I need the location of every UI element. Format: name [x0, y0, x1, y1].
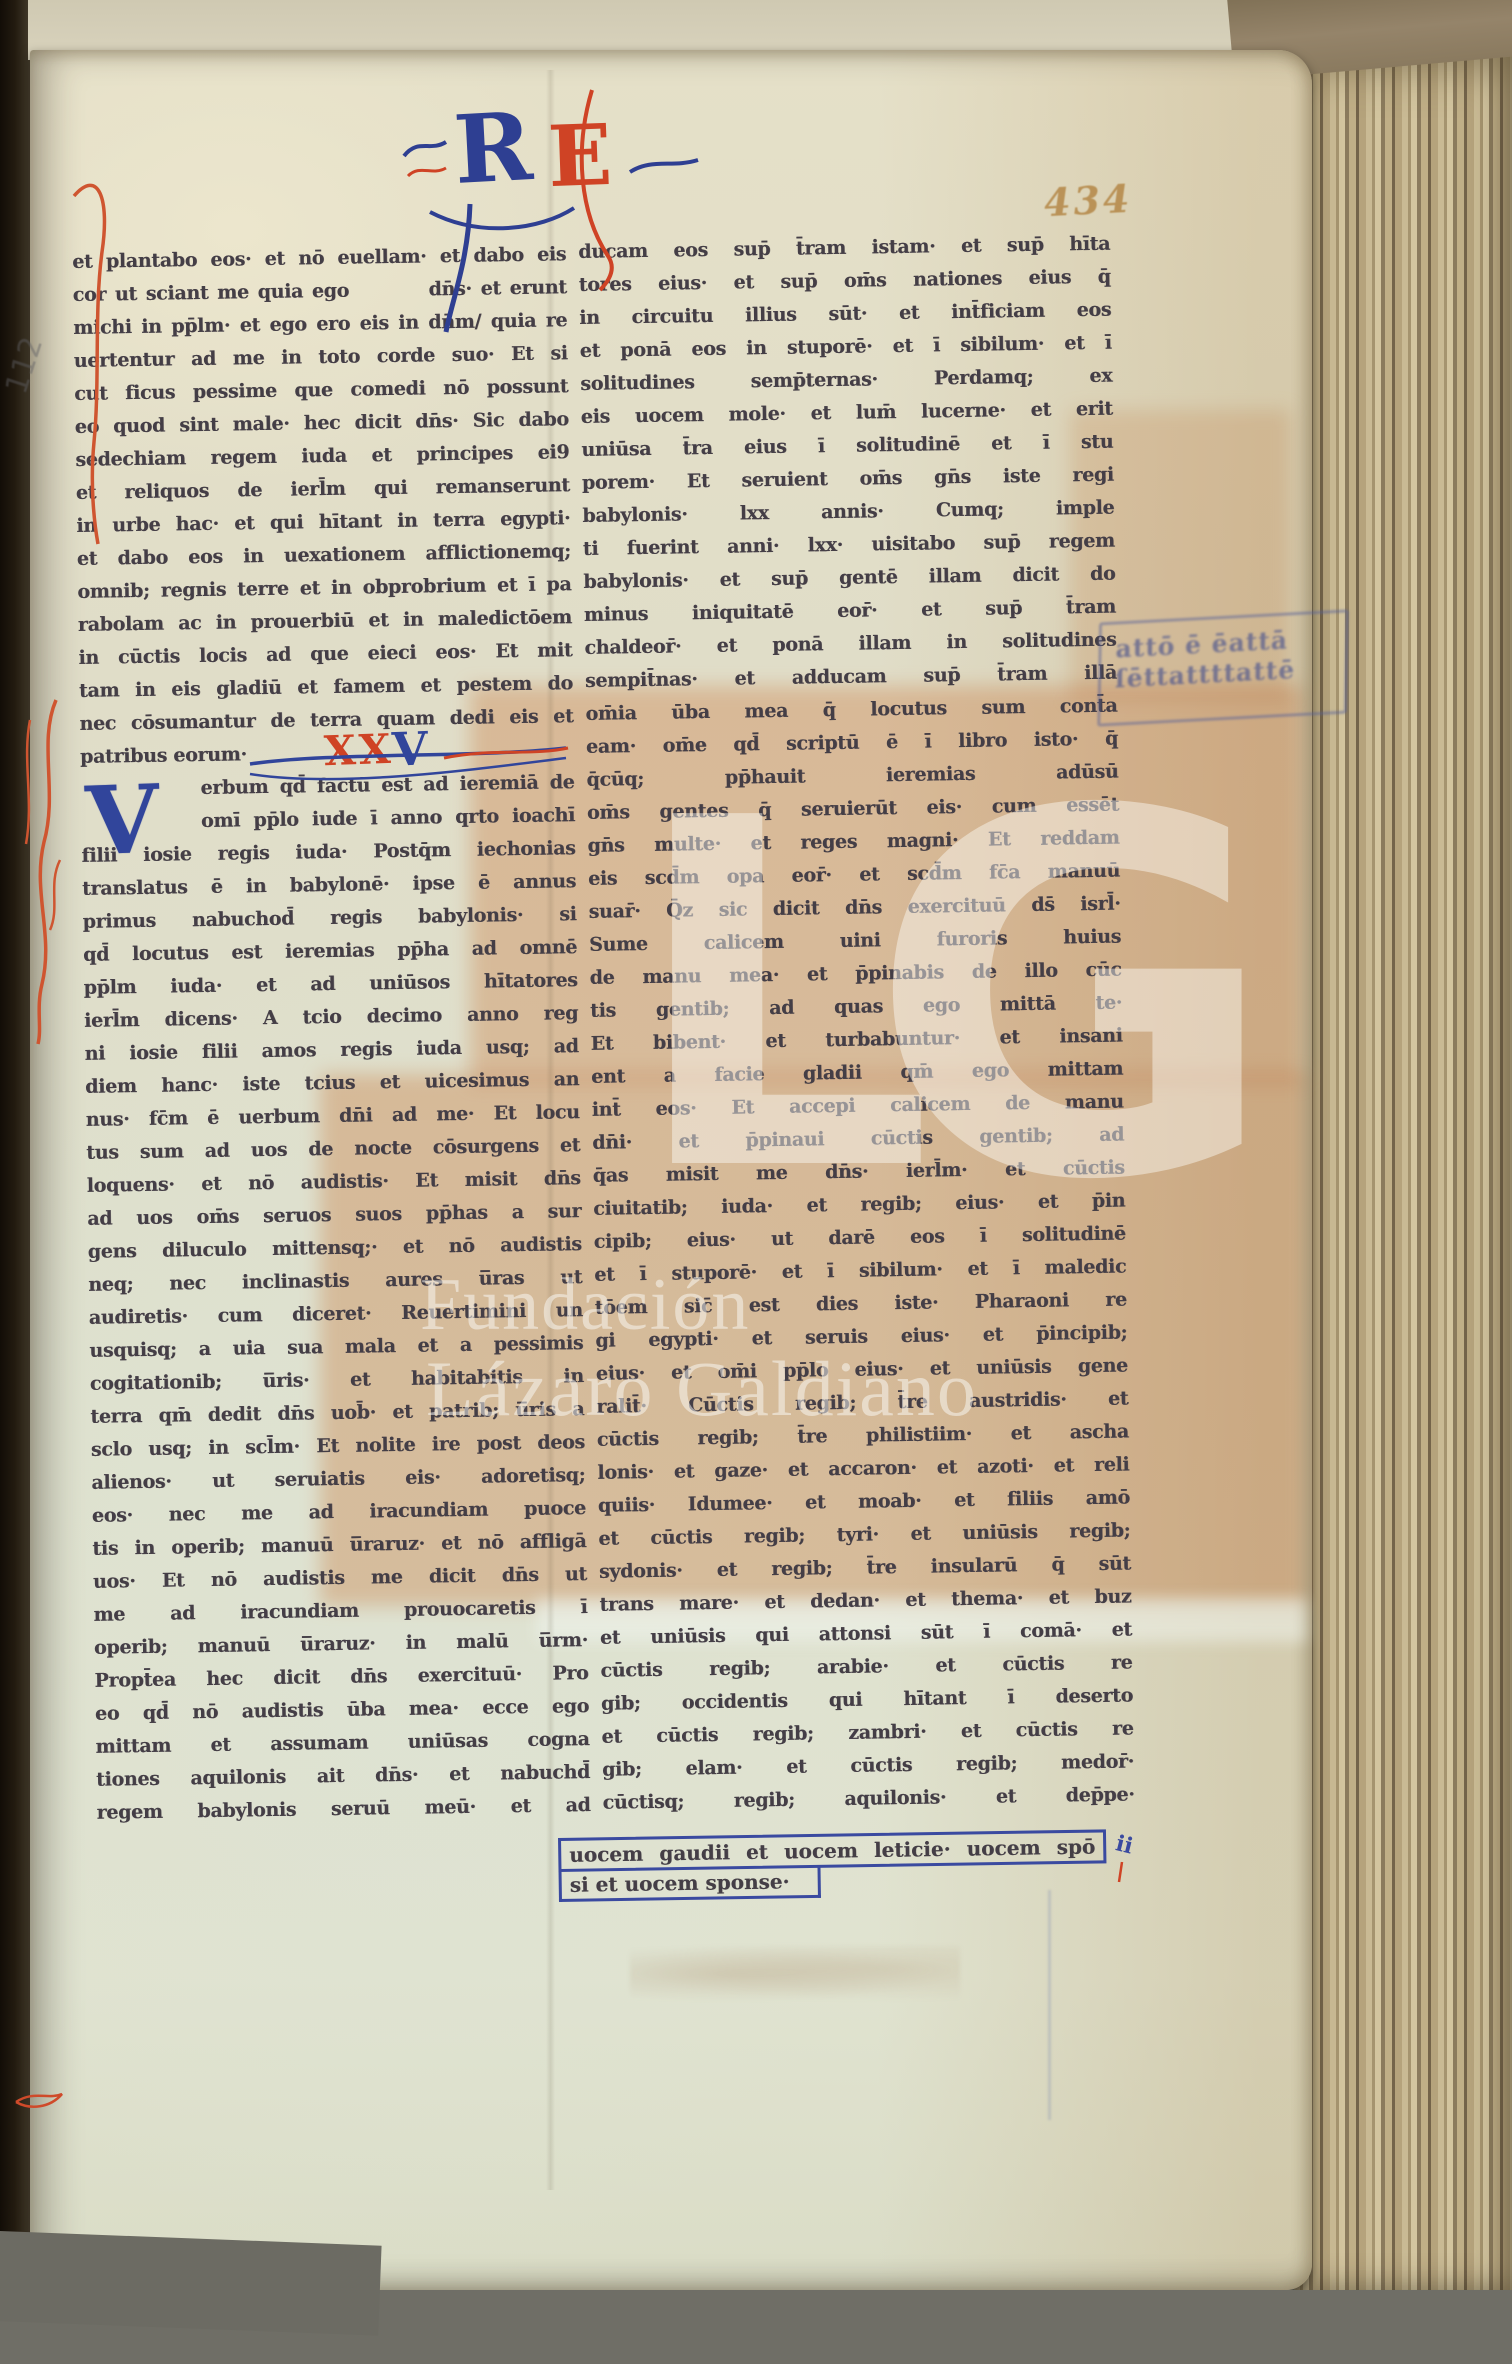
chapter-initial: V: [84, 765, 161, 877]
correction-line: si et uocem sponse·: [559, 1867, 821, 1902]
text-column-left: et plantabo eos· et nō euellam· et dabo …: [72, 238, 591, 1830]
parchment-page: R E 434 et plantabo eos· et nō euellam· …: [30, 50, 1312, 2290]
correction-margin-mark: ii: [1113, 1830, 1136, 1859]
text-line: cūctisq; regib; aquilonis· et dep̄pe·: [602, 1778, 1134, 1819]
manuscript-photo: R E 434 et plantabo eos· et nō euellam· …: [0, 0, 1512, 2364]
background-surface-left: [0, 2230, 382, 2335]
folio-number: 434: [1043, 176, 1134, 226]
library-ink-stamp: attō ē ēattā ſēttattttattē: [1097, 609, 1348, 726]
text-line: regem babylonis seruū meū· et ad: [96, 1789, 590, 1830]
chapter-numeral-blue: V: [391, 721, 429, 776]
running-title-letter-blue: R: [451, 92, 535, 206]
ink-offset-smudge: [630, 1946, 960, 2002]
running-title-letter-red: E: [546, 105, 613, 206]
show-through-ruling: [1048, 1890, 1051, 2120]
text-column-right: ducam eos sup̄ t̄ram istam· et sup̄ hīta…: [578, 228, 1135, 1820]
fore-edge-page-stack: [1294, 30, 1512, 2316]
correction-box: uocem gaudii et uocem leticie· uocem spō…: [558, 1829, 1107, 1902]
correction-line: uocem gaudii et uocem leticie· uocem spō: [558, 1829, 1106, 1872]
chapter-numeral-red: XX: [323, 725, 394, 775]
